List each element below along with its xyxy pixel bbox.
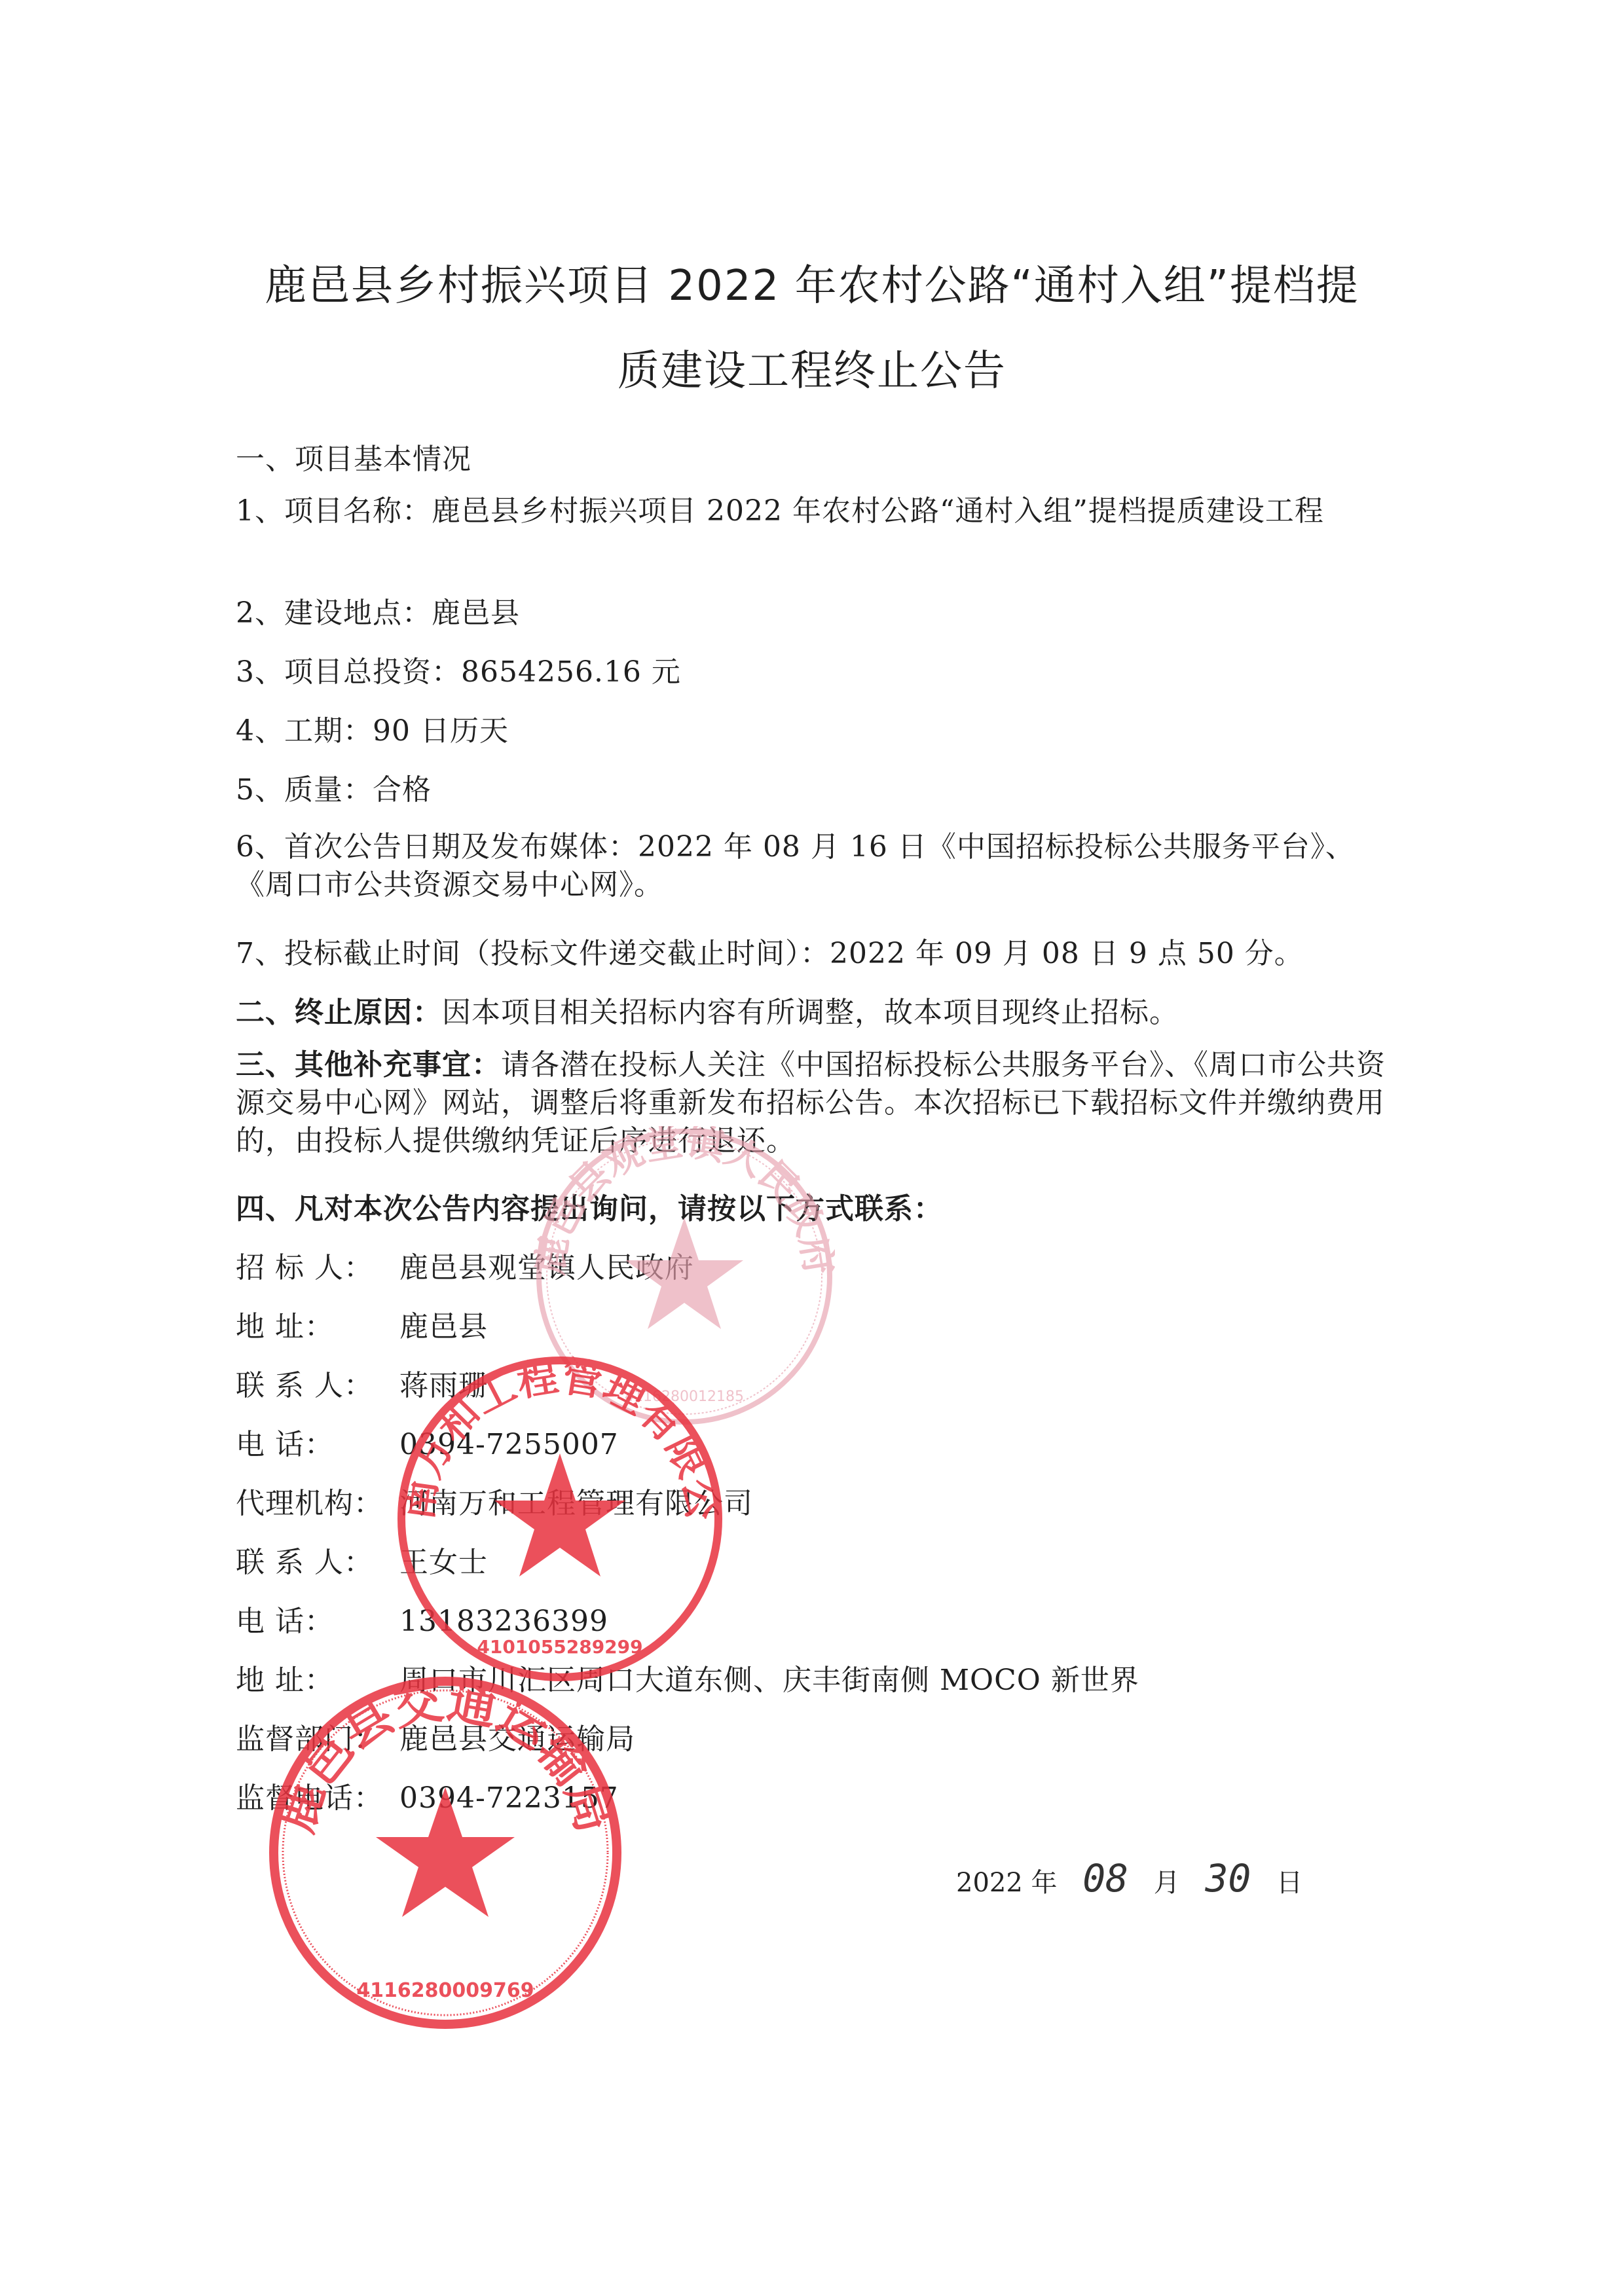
date-year: 2022	[956, 1868, 1023, 1898]
contact-row: 地 址：周口市川汇区周口大道东侧、庆丰街南侧 MOCO 新世界	[236, 1656, 1139, 1698]
contact-value: 河南万和工程管理有限公司	[399, 1487, 753, 1520]
contact-row: 监督部门：鹿邑县交通运输局	[236, 1715, 635, 1757]
contact-row: 电 话：13183236399	[236, 1597, 608, 1639]
svg-text:4116280012185: 4116280012185	[625, 1389, 744, 1405]
contact-label: 监督电话：	[236, 1774, 399, 1816]
contact-value: 0394-7223157	[399, 1781, 619, 1815]
section-3-heading: 三、其他补充事宜：	[236, 1048, 501, 1082]
section-4-heading: 四、凡对本次公告内容提出询问，请按以下方式联系：	[236, 1185, 943, 1227]
contact-label: 地 址：	[236, 1303, 399, 1345]
item-location: 2、建设地点：鹿邑县	[236, 589, 520, 631]
contact-row: 地 址：鹿邑县	[236, 1303, 488, 1345]
section-2-heading: 二、终止原因：	[236, 996, 442, 1029]
contact-value: 13183236399	[399, 1605, 608, 1638]
contact-value: 周口市川汇区周口大道东侧、庆丰街南侧 MOCO 新世界	[399, 1664, 1139, 1697]
svg-text:4116280009769: 4116280009769	[356, 1979, 534, 2002]
item-duration: 4、工期：90 日历天	[236, 707, 509, 749]
item-quality: 5、质量：合格	[236, 766, 432, 808]
contact-row: 联 系 人：蒋雨珊	[236, 1362, 488, 1404]
item-investment: 3、项目总投资：8654256.16 元	[236, 648, 681, 690]
contact-label: 地 址：	[236, 1656, 399, 1698]
contact-label: 联 系 人：	[236, 1362, 399, 1404]
title-line-2: 质建设工程终止公告	[0, 337, 1624, 397]
signature-date: 2022 年 08 月 30 日	[956, 1856, 1302, 1901]
contact-value: 鹿邑县	[399, 1310, 488, 1343]
contact-label: 招 标 人：	[236, 1244, 399, 1286]
date-day-unit: 日	[1276, 1868, 1302, 1898]
contact-row: 代理机构：河南万和工程管理有限公司	[236, 1480, 753, 1522]
section-2: 二、终止原因：因本项目相关招标内容有所调整，故本项目现终止招标。	[236, 989, 1179, 1030]
contact-label: 监督部门：	[236, 1715, 399, 1757]
title-line-1: 鹿邑县乡村振兴项目 2022 年农村公路“通村入组”提档提	[0, 252, 1624, 312]
contact-label: 联 系 人：	[236, 1539, 399, 1580]
contact-row: 招 标 人：鹿邑县观堂镇人民政府	[236, 1244, 694, 1286]
contact-value: 蒋雨珊	[399, 1369, 488, 1402]
contact-label: 电 话：	[236, 1421, 399, 1463]
contact-row: 联 系 人：王女士	[236, 1539, 488, 1580]
contact-value: 0394-7255007	[399, 1428, 619, 1461]
contact-row: 电 话：0394-7255007	[236, 1421, 619, 1463]
date-month-unit: 月	[1154, 1868, 1180, 1898]
section-1-heading: 一、项目基本情况	[236, 435, 471, 477]
contact-label: 电 话：	[236, 1597, 399, 1639]
date-month-handwritten: 08	[1082, 1856, 1128, 1901]
item-first-notice: 6、首次公告日期及发布媒体：2022 年 08 月 16 日《中国招标投标公共服…	[236, 828, 1388, 904]
contact-value: 鹿邑县交通运输局	[399, 1722, 635, 1756]
item-project-name: 1、项目名称：鹿邑县乡村振兴项目 2022 年农村公路“通村入组”提档提质建设工…	[236, 492, 1388, 530]
contact-value: 鹿邑县观堂镇人民政府	[399, 1251, 694, 1285]
date-year-unit: 年	[1031, 1868, 1058, 1898]
contact-row: 监督电话：0394-7223157	[236, 1774, 619, 1816]
item-deadline: 7、投标截止时间（投标文件递交截止时间）：2022 年 09 月 08 日 9 …	[236, 930, 1304, 972]
date-day-handwritten: 30	[1206, 1856, 1251, 1901]
contact-label: 代理机构：	[236, 1480, 399, 1522]
section-3: 三、其他补充事宜：请各潜在投标人关注《中国招标投标公共服务平台》、《周口市公共资…	[236, 1046, 1388, 1160]
contact-value: 王女士	[399, 1546, 488, 1579]
section-2-text: 因本项目相关招标内容有所调整，故本项目现终止招标。	[442, 996, 1179, 1029]
